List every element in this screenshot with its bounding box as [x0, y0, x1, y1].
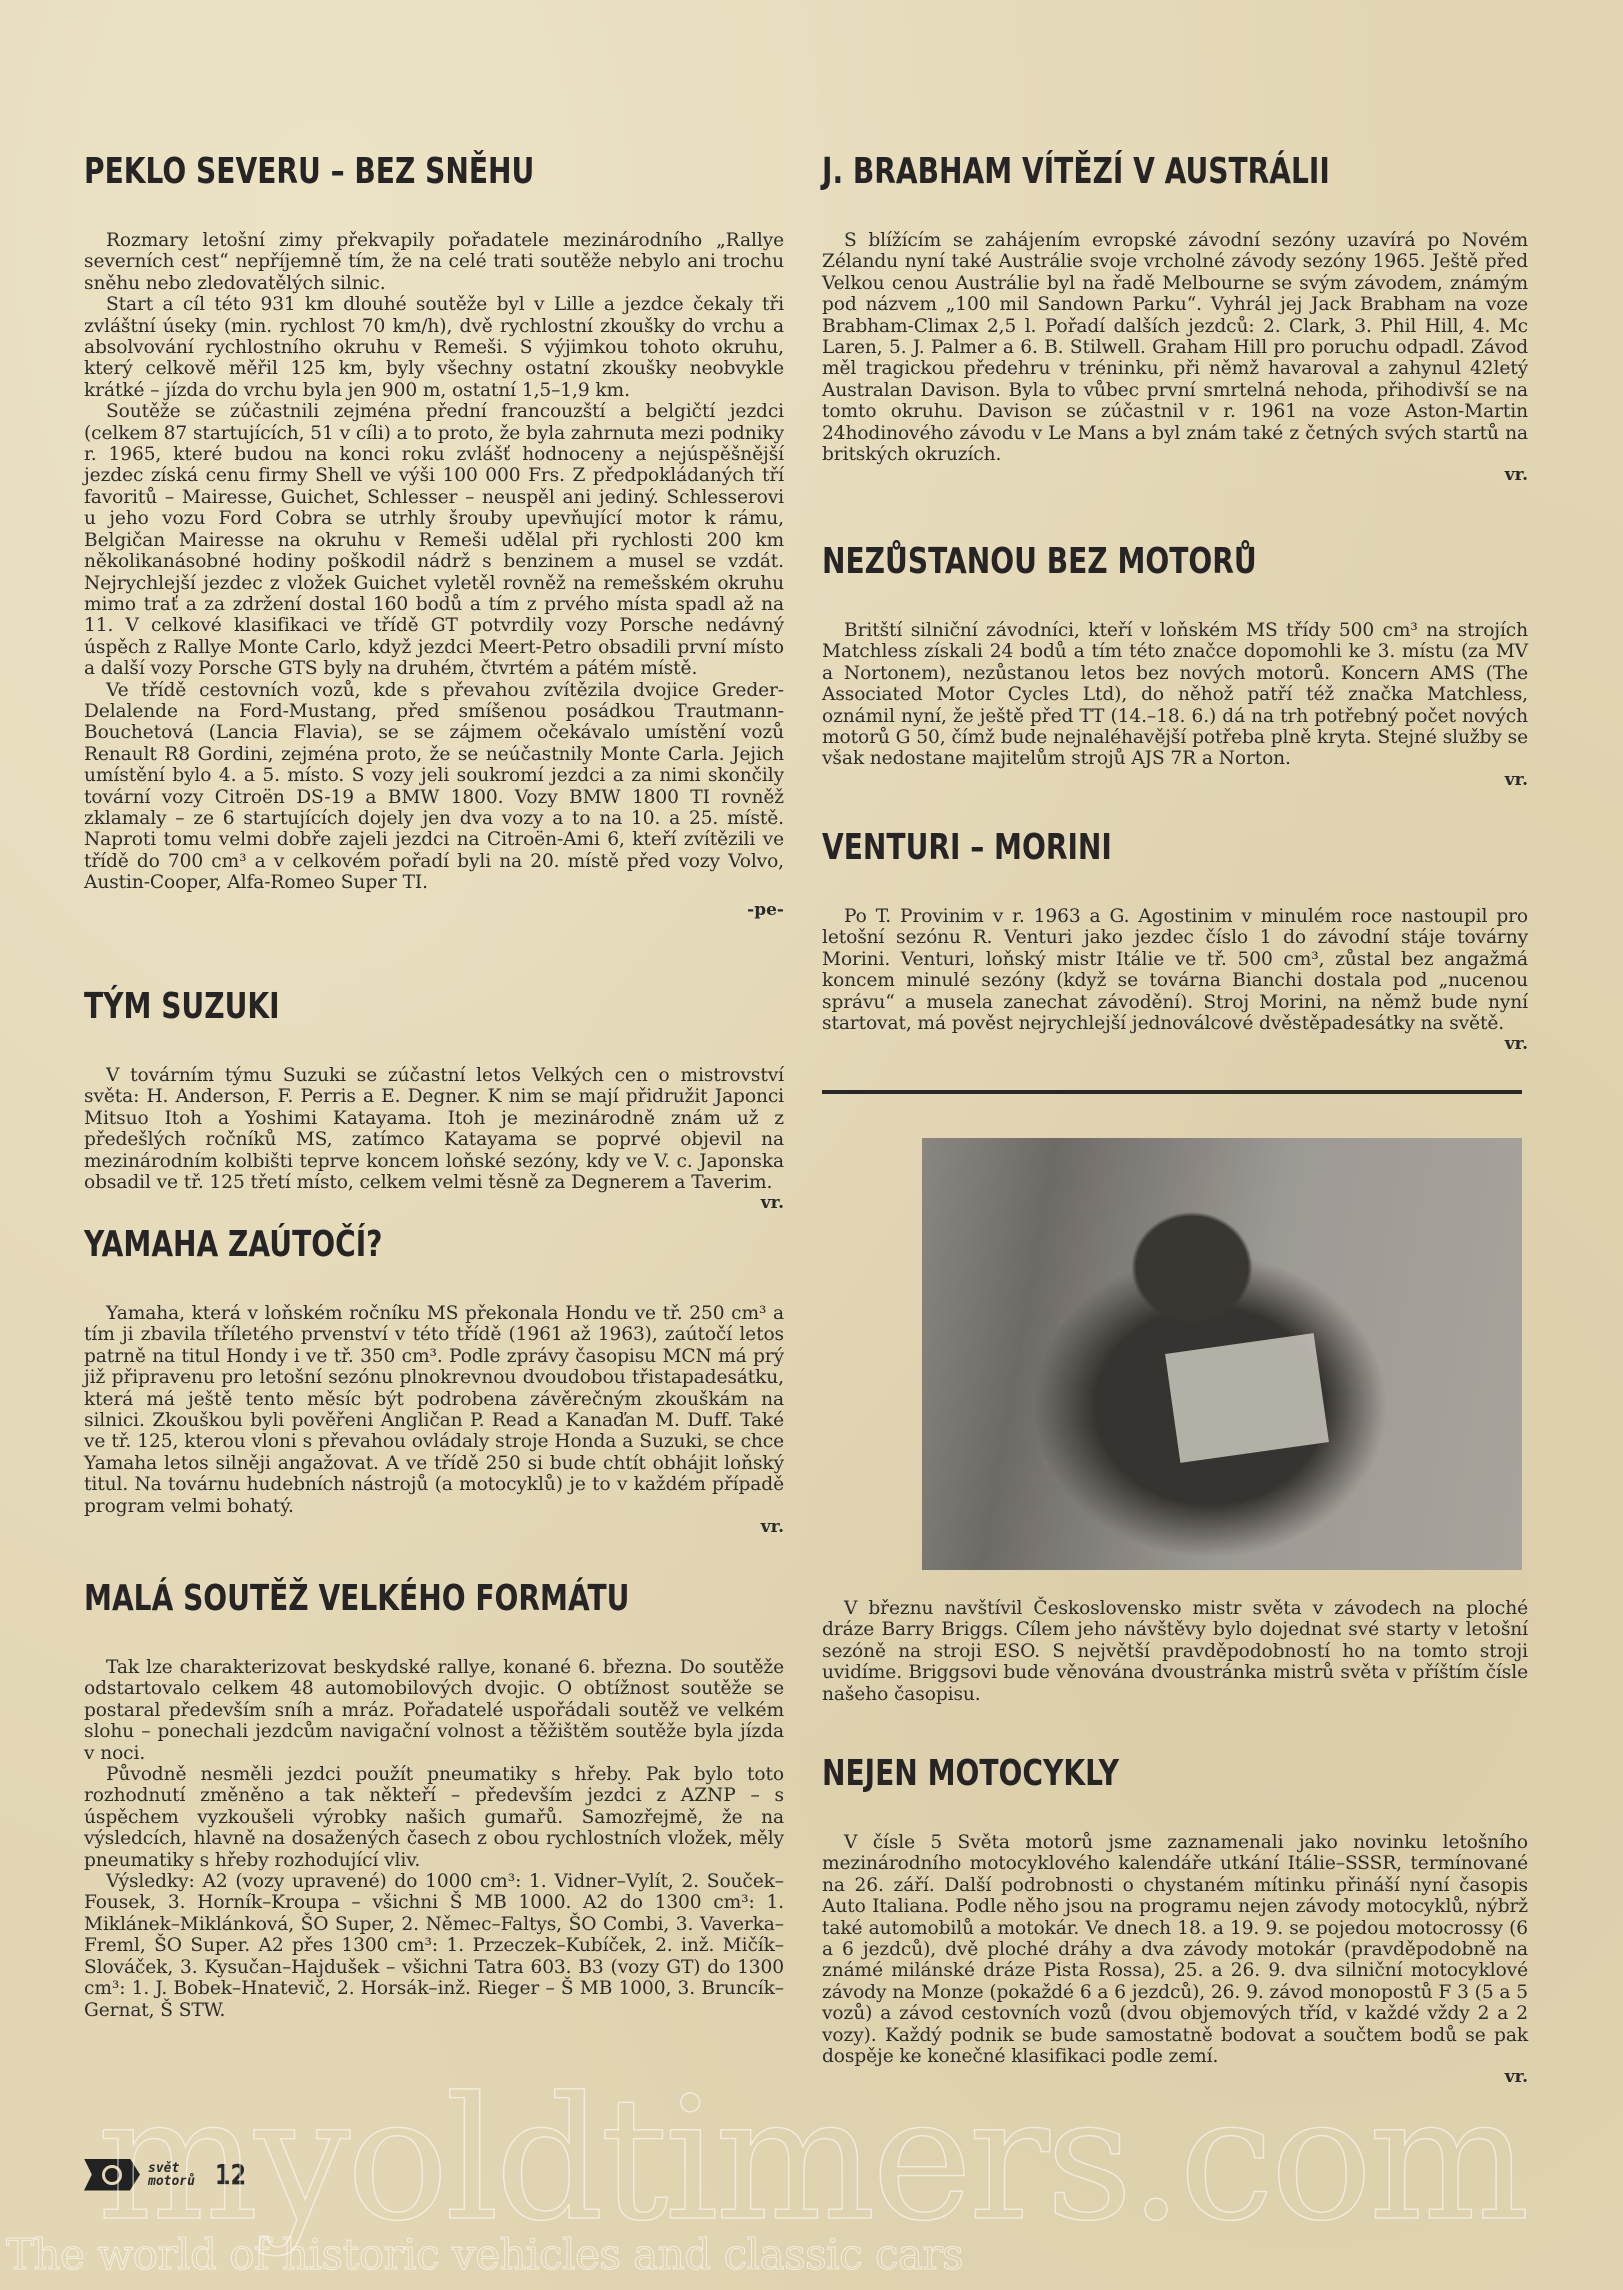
paragraph: Ve třídě cestovních vozů, kde s převahou… [84, 680, 784, 894]
article-nejen-motocykly: NEJEN MOTOCYKLY V čísle 5 Světa motorů j… [822, 1752, 1528, 2087]
headline: VENTURI – MORINI [822, 826, 1373, 870]
paragraph: Původně nesměli jezdci použít pneumatiky… [84, 1764, 784, 1871]
headline: NEZŮSTANOU BEZ MOTORŮ [822, 540, 1373, 584]
magazine-in-photo [1165, 1333, 1329, 1463]
left-column: PEKLO SEVERU – BEZ SNĚHU Rozmary letošní… [84, 150, 784, 2021]
paragraph: Tak lze charakterizovat beskydské rallye… [84, 1657, 784, 1764]
author-signature: -pe- [84, 900, 784, 920]
headline: TÝM SUZUKI [84, 985, 630, 1029]
paragraph: V továrním týmu Suzuki se zúčastní letos… [84, 1065, 784, 1193]
paragraph: Výsledky: A2 (vozy upravené) do 1000 cm³… [84, 1871, 784, 2021]
article-nezustanou-bez-motoru: NEZŮSTANOU BEZ MOTORŮ Britští silniční z… [822, 540, 1528, 826]
headline: PEKLO SEVERU – BEZ SNĚHU [84, 150, 630, 194]
author-signature: vr. [822, 770, 1528, 790]
headline: MALÁ SOUTĚŽ VELKÉHO FORMÁTU [84, 1577, 630, 1621]
paragraph: Start a cíl této 931 km dlouhé soutěže b… [84, 294, 784, 401]
paragraph: Rozmary letošní zimy překvapily pořadate… [84, 230, 784, 294]
paragraph: Soutěže se zúčastnili zejména přední fra… [84, 401, 784, 679]
article-brabham: J. BRABHAM VÍTĚZÍ V AUSTRÁLII S blížícím… [822, 150, 1528, 540]
headline: YAMAHA ZAÚTOČÍ? [84, 1223, 630, 1267]
author-signature: vr. [84, 1517, 784, 1537]
headline: J. BRABHAM VÍTĚZÍ V AUSTRÁLII [822, 150, 1373, 194]
right-column: J. BRABHAM VÍTĚZÍ V AUSTRÁLII S blížícím… [822, 150, 1528, 1094]
author-signature: vr. [84, 1193, 784, 1213]
article-mala-soutez: MALÁ SOUTĚŽ VELKÉHO FORMÁTU Tak lze char… [84, 1577, 784, 2021]
author-signature: vr. [822, 1034, 1528, 1054]
paragraph: V čísle 5 Světa motorů jsme zaznamenali … [822, 1832, 1528, 2067]
watermark-tagline: The world of historic vehicles and class… [6, 2230, 963, 2279]
headline: NEJEN MOTOCYKLY [822, 1752, 1373, 1796]
paragraph: Po T. Provinim v r. 1963 a G. Agostinim … [822, 906, 1528, 1034]
article-venturi-morini: VENTURI – MORINI Po T. Provinim v r. 196… [822, 826, 1528, 1094]
photo-caption: V březnu navštívil Československo mistr … [822, 1598, 1528, 1705]
article-yamaha-zautoci: YAMAHA ZAÚTOČÍ? Yamaha, která v loňském … [84, 1223, 784, 1577]
caption-text: V březnu navštívil Československo mistr … [822, 1598, 1528, 1705]
paragraph: Britští silniční závodníci, kteří v loňs… [822, 620, 1528, 770]
paragraph: S blížícím se zahájením evropské závodní… [822, 230, 1528, 465]
watermark-site: myoldtimers.com [0, 2075, 1623, 2245]
paragraph: Yamaha, která v loňském ročníku MS překo… [84, 1303, 784, 1517]
article-tym-suzuki: TÝM SUZUKI V továrním týmu Suzuki se zúč… [84, 985, 784, 1223]
article-peklo-severu: PEKLO SEVERU – BEZ SNĚHU Rozmary letošní… [84, 150, 784, 985]
section-divider [822, 1090, 1522, 1094]
author-signature: vr. [822, 465, 1528, 485]
photo-barry-briggs [922, 1138, 1522, 1570]
